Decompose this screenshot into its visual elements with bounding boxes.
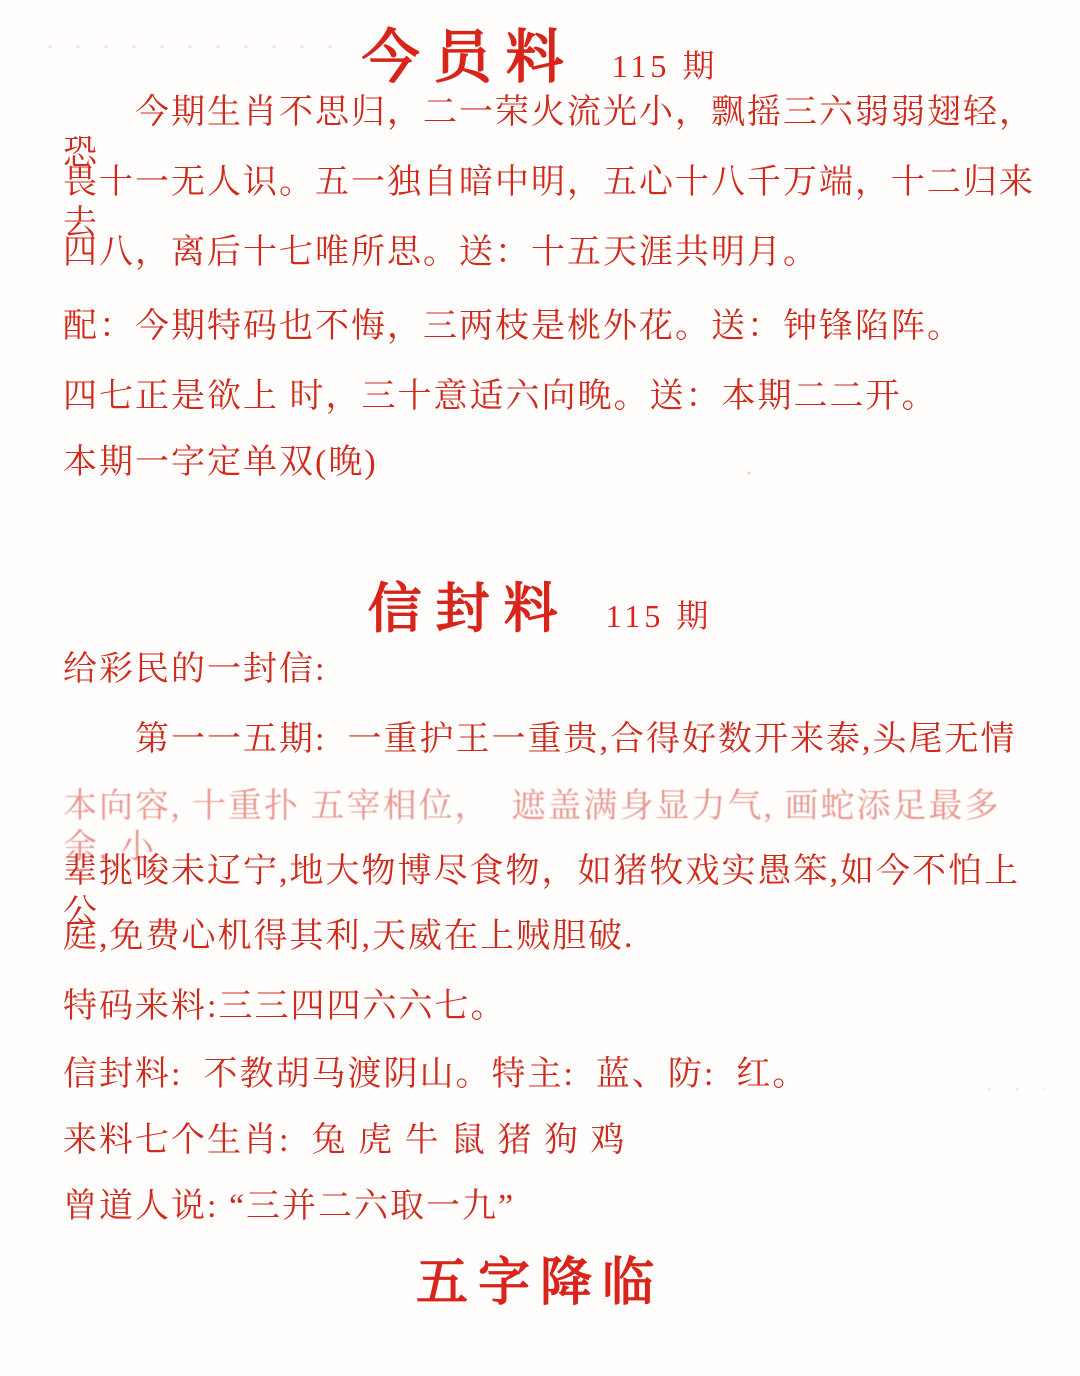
envelope-letter-line-1: 第一一五期: 一重护王一重贵,合得好数开来泰,头尾无情 — [63, 720, 1040, 761]
member-pei-line: 配：今期特码也不悔，三两枝是桃外花。送：钟锋陷阵。 — [63, 307, 1040, 348]
footer-section-title: 五字降临 — [416, 1240, 664, 1315]
footer-section-header: 五字降临 — [0, 1240, 1080, 1315]
member-section-issue-number: 115 期 — [612, 41, 719, 87]
envelope-letter-line-4: 庭,免费心机得其利,天威在上贼胆破. — [63, 917, 1040, 958]
member-section-title: 今员料 — [362, 10, 578, 94]
member-section-header: 今员料 115 期 — [0, 10, 1080, 94]
envelope-salutation: 给彩民的一封信: — [63, 650, 1040, 691]
envelope-quote-line: 曾道人说: “三并二六取一九” — [63, 1187, 1040, 1228]
scanned-document-page: 今员料 115 期 今期生肖不思归，二一荣火流光小，飘摇三六弱弱翅轻，恐 畏十一… — [0, 0, 1080, 1376]
envelope-special-numbers-line: 特码来料:三三四四六六七。 — [63, 987, 1040, 1028]
envelope-section-issue-number: 115 期 — [606, 591, 713, 637]
member-paragraph-line-3: 四八，离后十七唯所思。送：十五天涯共明月。 — [63, 233, 1040, 274]
envelope-section-title: 信封料 — [368, 566, 572, 643]
member-siqi-line: 四七正是欲上 时，三十意适六向晚。送：本期二二开。 — [63, 377, 1040, 418]
member-danshuang-line: 本期一字定单双(晚) — [63, 443, 1040, 484]
envelope-section-header: 信封料 115 期 — [0, 566, 1080, 643]
envelope-zodiac-line: 来料七个生肖: 兔 虎 牛 鼠 猪 狗 鸡 — [63, 1121, 1040, 1162]
envelope-tip-line: 信封料: 不教胡马渡阴山。特主: 蓝、防: 红。 — [63, 1055, 1040, 1096]
